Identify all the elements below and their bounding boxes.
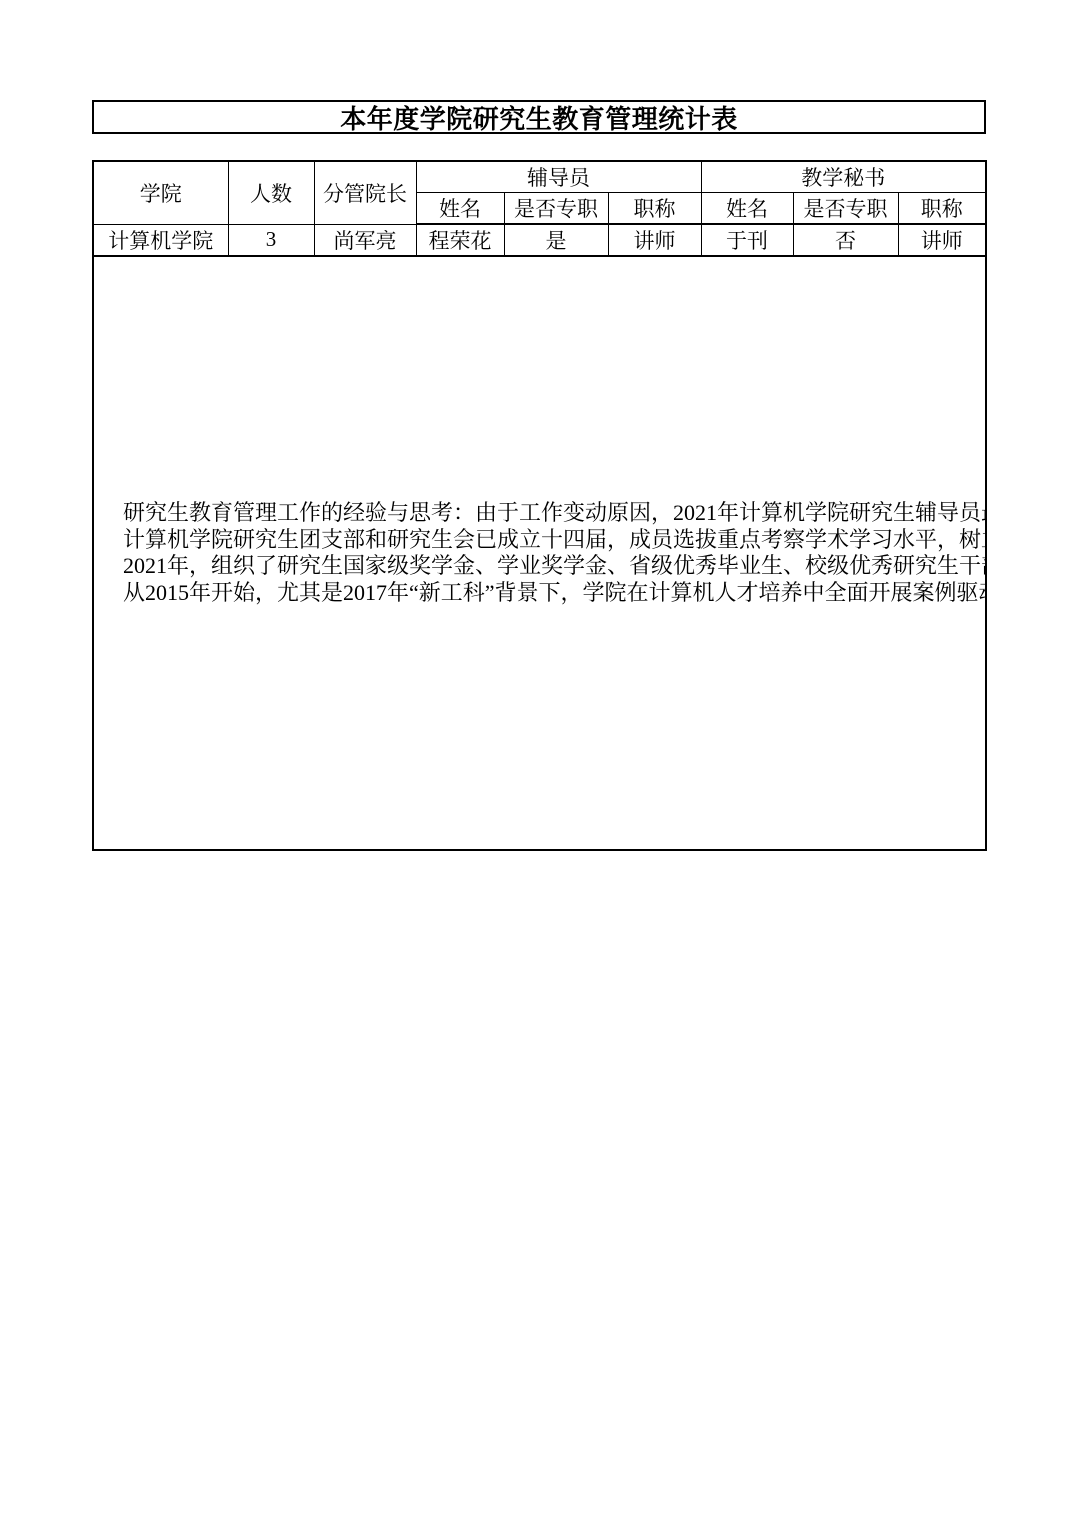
cell-secretary-job-title: 讲师 — [898, 224, 986, 256]
header-secretary-is-fulltime: 是否专职 — [793, 193, 898, 225]
cell-counselor-name: 程荣花 — [416, 224, 504, 256]
essay-paragraph-1: 研究生教育管理工作的经验与思考：由于工作变动原因，2021年计算机学院研究生辅导… — [94, 500, 985, 527]
document-page: 本年度学院研究生教育管理统计表 学院 人数 分管院长 辅导员 教学秘书 姓名 — [0, 0, 1080, 1527]
header-counselor-is-fulltime: 是否专职 — [504, 193, 608, 225]
header-dean-in-charge: 分管院长 — [314, 161, 416, 224]
header-teaching-secretary-group: 教学秘书 — [701, 161, 986, 193]
header-counselor-group: 辅导员 — [416, 161, 701, 193]
stats-table: 学院 人数 分管院长 辅导员 教学秘书 姓名 是否专职 职称 姓名 是否专职 职… — [92, 160, 987, 851]
essay-paragraph-4: 从2015年开始，尤其是2017年“新工科”背景下，学院在计算机人才培养中全面开… — [94, 580, 985, 607]
table-header-row-1: 学院 人数 分管院长 辅导员 教学秘书 — [93, 161, 986, 193]
header-secretary-name: 姓名 — [701, 193, 793, 225]
cell-dean-in-charge: 尚军亮 — [314, 224, 416, 256]
document-title: 本年度学院研究生教育管理统计表 — [340, 99, 738, 136]
header-headcount: 人数 — [228, 161, 314, 224]
cell-counselor-job-title: 讲师 — [608, 224, 701, 256]
header-counselor-name: 姓名 — [416, 193, 504, 225]
cell-counselor-is-fulltime: 是 — [504, 224, 608, 256]
essay-paragraph-2: 计算机学院研究生团支部和研究生会已成立十四届，成员选拔重点考察学术学习水平，树立… — [94, 527, 985, 554]
cell-college: 计算机学院 — [93, 224, 228, 256]
essay-cell: 研究生教育管理工作的经验与思考：由于工作变动原因，2021年计算机学院研究生辅导… — [93, 256, 986, 850]
table-data-row: 计算机学院 3 尚军亮 程荣花 是 讲师 于刊 否 讲师 — [93, 224, 986, 256]
header-secretary-job-title: 职称 — [898, 193, 986, 225]
cell-secretary-is-fulltime: 否 — [793, 224, 898, 256]
table-essay-row: 研究生教育管理工作的经验与思考：由于工作变动原因，2021年计算机学院研究生辅导… — [93, 256, 986, 850]
essay-paragraph-3: 2021年，组织了研究生国家级奖学金、学业奖学金、省级优秀毕业生、校级优秀研究生… — [94, 553, 985, 580]
header-college: 学院 — [93, 161, 228, 224]
cell-secretary-name: 于刊 — [701, 224, 793, 256]
document-title-box: 本年度学院研究生教育管理统计表 — [92, 100, 986, 134]
cell-headcount: 3 — [228, 224, 314, 256]
header-counselor-job-title: 职称 — [608, 193, 701, 225]
